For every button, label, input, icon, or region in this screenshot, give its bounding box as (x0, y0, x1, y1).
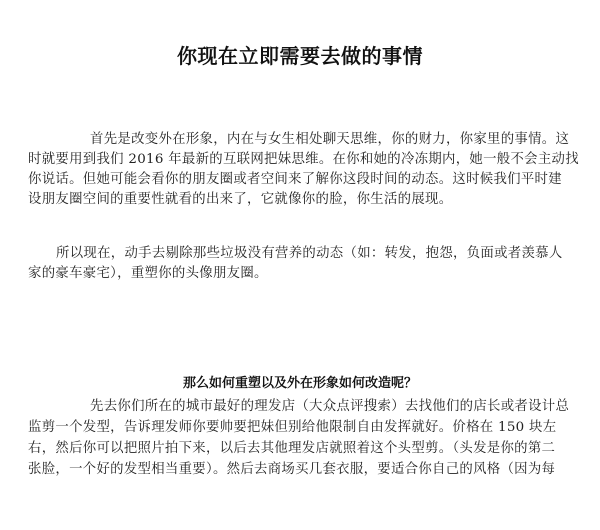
paragraph-line: 右，然后你可以把照片拍下来，以后去其他理发店就照着这个头型剪。（头发是你的第二 (28, 440, 588, 458)
paragraph-line: 张脸，一个好的发型相当重要）。然后去商场买几套衣服，要适合你自己的风格（因为每 (28, 461, 588, 479)
paragraph-line: 首先是改变外在形象，内在与女生相处聊天思维，你的财力，你家里的事情。这 (90, 131, 600, 149)
paragraph-line: 先去你们所在的城市最好的理发店（大众点评搜索）去找他们的店长或者设计总 (90, 398, 600, 416)
document-title: 你现在立即需要去做的事情 (0, 40, 600, 69)
document-page: 你现在立即需要去做的事情 首先是改变外在形象，内在与女生相处聊天思维，你的财力，… (0, 0, 600, 530)
paragraph-line: 你说话。但她可能会看你的朋友圈或者空间来了解你这段时间的动态。这时候我们平时建 (28, 171, 588, 189)
paragraph-line: 家的豪车豪宅），重塑你的头像朋友圈。 (28, 265, 588, 283)
paragraph-line: 监剪一个发型，告诉理发师你要帅要把妹但别给他限制自由发挥就好。价格在 150 块… (28, 419, 588, 437)
paragraph-line: 设朋友圈空间的重要性就看的出来了，它就像你的脸，你生活的展现。 (28, 191, 588, 209)
paragraph-line: 所以现在，动手去剔除那些垃圾没有营养的动态（如：转发，抱怨，负面或者羡慕人 (56, 245, 600, 263)
paragraph-line: 时就要用到我们 2016 年最新的互联网把妹思维。在你和她的冷冻期内，她一般不会… (28, 151, 588, 169)
section-heading: 那么如何重塑以及外在形象如何改造呢？ (0, 372, 600, 391)
